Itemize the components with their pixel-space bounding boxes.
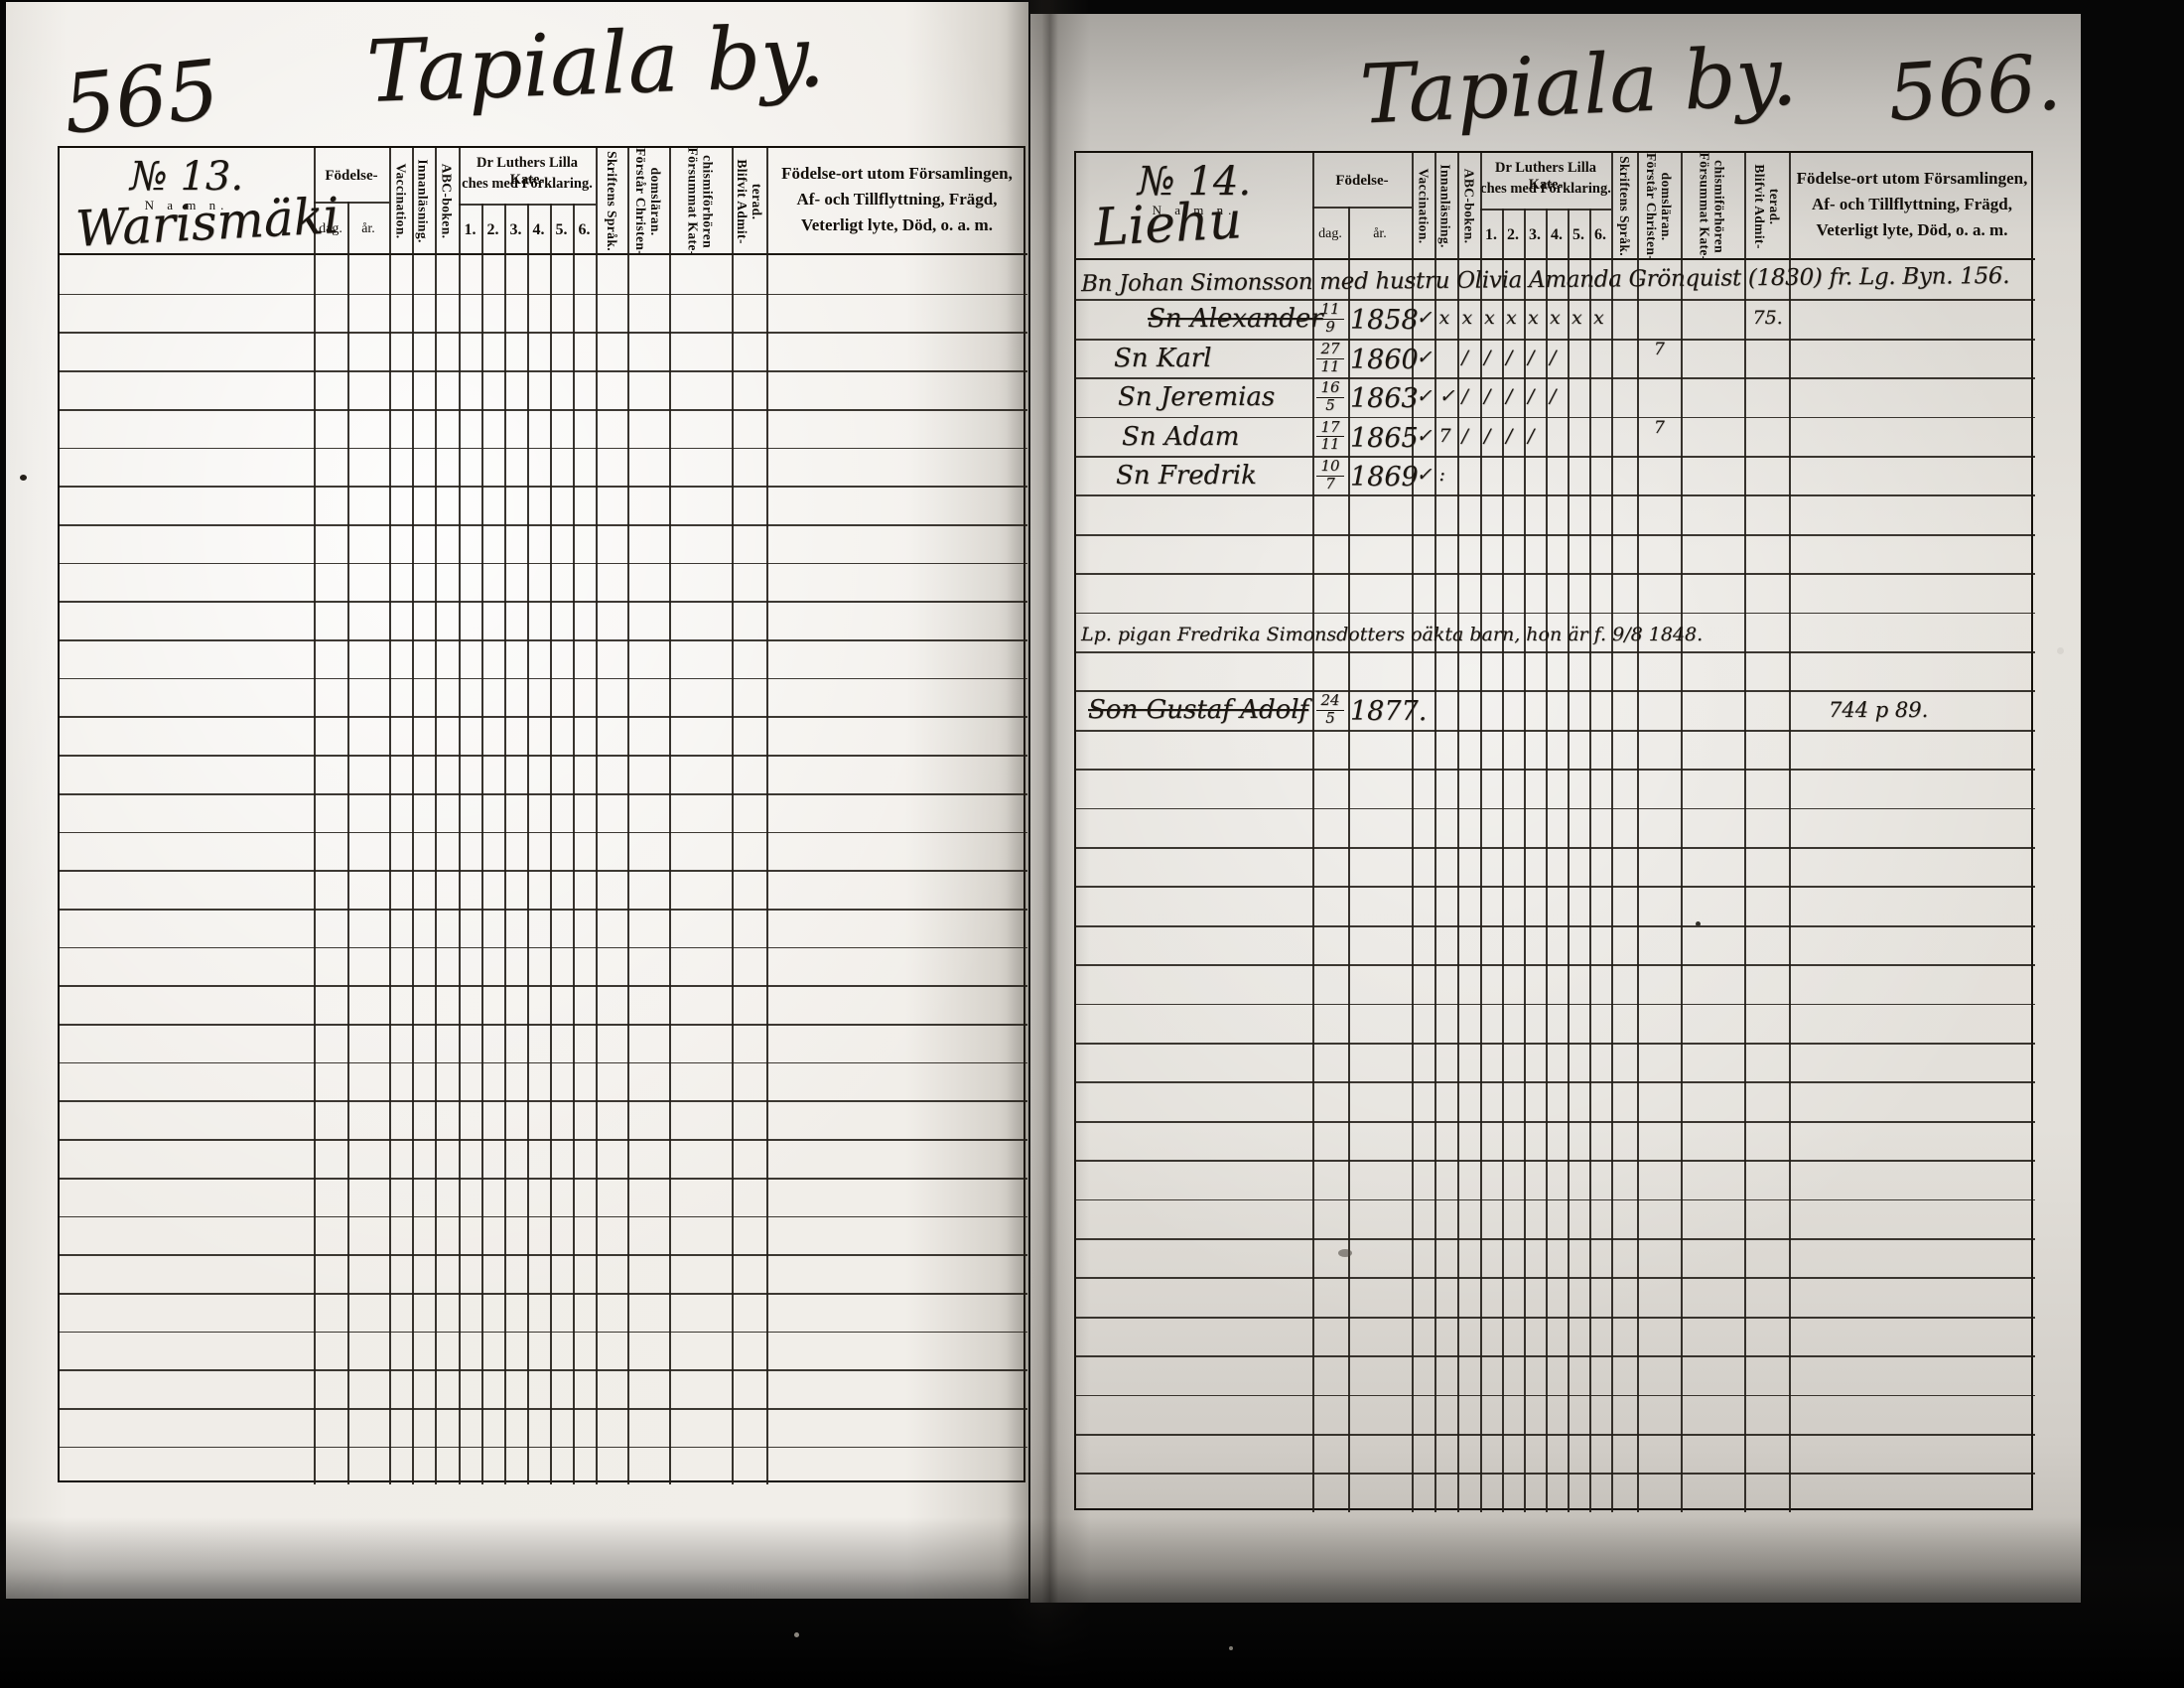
grid-row-line [1076, 651, 2035, 653]
col-header-abc-book-text: ABC-boken. [439, 164, 454, 239]
page-number-left: 565 [60, 50, 222, 147]
stray-mark: 7 [1654, 418, 1665, 438]
entry-mark-abc: / [1462, 347, 1468, 368]
grid-col-line [1681, 153, 1683, 1512]
col-header-reading-text: Innanläsning. [416, 160, 431, 243]
col-header-admitted-text: terad.Blifvit Admit- [734, 159, 763, 243]
grid-col-line [669, 148, 671, 1484]
grid-col-line [1480, 153, 1482, 1512]
entry-mark-k2: / [1506, 385, 1512, 407]
col-header-missed-catechism-line2: chismiförhören [701, 147, 716, 255]
col-header-birth-year: år. [1348, 209, 1412, 260]
entry-birth-month: 11 [1320, 437, 1339, 453]
grid-col-line [766, 148, 768, 1484]
col-header-understands-christianity-line1: Förstår Christen- [1644, 153, 1659, 260]
grid-row-line [60, 448, 1027, 450]
grid-col-line [1568, 209, 1570, 1512]
entry-mark-vacc: ✓ [1417, 347, 1433, 368]
col-header-name: № 14.N a m n.Liehu [1076, 153, 1312, 260]
page-title-left: Tapiala by. [317, 12, 876, 116]
grid-row-line [60, 755, 1027, 757]
entry-birth-month: 11 [1320, 359, 1339, 375]
grid-row-line [60, 985, 1027, 987]
stray-mark: 7 [1654, 340, 1665, 359]
col-header-admitted-line2: terad. [1767, 164, 1782, 248]
col-header-catechism: Dr Luthers Lilla Kate-ches med Förklarin… [1480, 153, 1611, 211]
col-header-vaccination: Vaccination. [1412, 153, 1434, 260]
grid-row-line [60, 1216, 1027, 1218]
entry-birth-month: 5 [1325, 398, 1335, 414]
book-gutter [1007, 0, 1090, 1688]
notes-header-line: Veterligt lyte, Död, o. a. m. [1789, 220, 2035, 240]
entry-mark-k2: x [1506, 307, 1517, 329]
entry-mark-inn: ✓ [1439, 385, 1455, 407]
entry-name: Sn Jeremias [1118, 382, 1275, 412]
grid-row-line [1076, 1160, 2035, 1162]
grid-row-line [1076, 1395, 2035, 1397]
col-header-understands-christianity-line2: domsläran. [648, 148, 663, 255]
grid-col-line [1789, 153, 1791, 1512]
grid-row-line [1076, 1081, 2035, 1083]
entry-mark-abc: / [1462, 425, 1468, 447]
grid-row-line [60, 947, 1027, 949]
entry-mark-k3: x [1528, 307, 1539, 329]
col-header-notes: Födelse-ort utom Församlingen,Af- och Ti… [1789, 153, 2035, 260]
col-header-missed-catechism-text: chismiförhörenFörsummat Kate- [1698, 152, 1727, 260]
entry-mark-k3: / [1528, 385, 1534, 407]
col-header-understands-christianity-line2: domsläran. [1659, 153, 1674, 260]
col-header-understands-christianity: domsläran.Förstår Christen- [627, 148, 669, 255]
grid-row-line [1076, 377, 2035, 379]
grid-row-line [60, 1100, 1027, 1102]
entry-birth-date: 1711 [1312, 420, 1348, 454]
grid-row-line [60, 409, 1027, 411]
grid-row-line [60, 332, 1027, 334]
entry-mark-k4: / [1550, 385, 1556, 407]
col-header-reading: Innanläsning. [412, 148, 435, 255]
entry-mark-abc: / [1462, 385, 1468, 407]
entry-name: Son Gustaf Adolf [1088, 695, 1308, 725]
grid-row-line [1076, 456, 2035, 458]
grid-row-line [1076, 886, 2035, 888]
col-header-missed-catechism-line1: Försummat Kate- [685, 147, 700, 255]
entry-name: Sn Karl [1114, 344, 1212, 373]
grid-row-line [1076, 299, 2035, 301]
household-name: Warismäki [74, 187, 341, 258]
grid-row-line [60, 639, 1027, 641]
entry-mark-vacc: ✓ [1417, 307, 1433, 329]
col-header-missed-catechism-line1: Försummat Kate- [1698, 152, 1712, 260]
entry-name: Sn Alexander [1148, 304, 1323, 334]
col-header-reading: Innanläsning. [1434, 153, 1457, 260]
grid-row-line [1076, 417, 2035, 419]
grid-row-line [60, 793, 1027, 795]
scanned-parish-register: 565 Tapiala by. Tapiala by. 566. № 13.N … [0, 0, 2184, 1688]
col-header-notes: Födelse-ort utom Församlingen,Af- och Ti… [766, 148, 1027, 255]
grid-row-line [1076, 1199, 2035, 1201]
entry-birth-date: 107 [1312, 459, 1348, 492]
col-header-birth-year: år. [347, 204, 389, 255]
col-header-missed-catechism-text: chismiförhörenFörsummat Kate- [685, 147, 715, 255]
notes-header-line: Födelse-ort utom Församlingen, [1789, 169, 2035, 189]
grid-row-line [1076, 339, 2035, 341]
grid-row-line [1076, 964, 2035, 966]
grid-col-line [1434, 153, 1436, 1512]
catechism-number: 3. [1524, 211, 1546, 260]
grid-row-line [60, 1024, 1027, 1026]
grid-row-line [60, 1408, 1027, 1410]
entry-name: Sn Adam [1122, 422, 1239, 452]
grid-row-line [1076, 730, 2035, 732]
col-header-abc-book: ABC-boken. [435, 148, 459, 255]
grid-row-line [60, 253, 1027, 255]
entry-mark-k1: / [1484, 385, 1490, 407]
entry-birth-month: 9 [1325, 320, 1335, 336]
ink-speck [20, 475, 27, 481]
entry-birth-year: 1877. [1350, 696, 1427, 727]
col-header-missed-catechism-line2: chismiförhören [1712, 152, 1727, 260]
col-header-vaccination: Vaccination. [389, 148, 412, 255]
catechism-number: 5. [1568, 211, 1589, 260]
grid-row-line [60, 1062, 1027, 1064]
grid-row-line [1076, 1317, 2035, 1319]
col-header-admitted-text: terad.Blifvit Admit- [1751, 164, 1781, 248]
entry-mark-k1: x [1484, 307, 1495, 329]
bottom-shadow [0, 1517, 2184, 1688]
annotation-head-note: Bn Johan Simonsson med hustru Olivia Ama… [1081, 263, 2009, 297]
grid-col-line [573, 204, 575, 1484]
entry-mark-k1: / [1484, 425, 1490, 447]
grid-col-line [1546, 209, 1548, 1512]
col-header-admitted-line1: Blifvit Admit- [734, 159, 749, 243]
grid-col-line [732, 148, 734, 1484]
grid-row-line [1076, 925, 2035, 927]
grid-col-line [504, 204, 506, 1484]
entry-mark-k1: / [1484, 347, 1490, 368]
col-header-reading-text: Innanläsning. [1438, 165, 1453, 248]
col-header-scripture: Skriftens Språk. [596, 148, 627, 255]
grid-row-line [60, 909, 1027, 911]
col-header-scripture-text: Skriftens Språk. [604, 152, 618, 252]
grid-col-line [596, 148, 598, 1484]
page-number-right: 566. [1885, 44, 2063, 133]
col-header-scripture: Skriftens Språk. [1611, 153, 1637, 260]
grid-row-line [60, 486, 1027, 488]
grid-col-line [1589, 209, 1591, 1512]
entry-mark-inn: 7 [1439, 425, 1451, 447]
grid-row-line [60, 1332, 1027, 1334]
catechism-number: 4. [1546, 211, 1568, 260]
grid-row-line [1076, 1355, 2035, 1357]
entry-mark-abc: x [1462, 307, 1473, 329]
annotation-gustaf-note: 744 p 89. [1829, 698, 1928, 722]
catechism-number: 3. [504, 206, 527, 255]
col-header-admitted-line1: Blifvit Admit- [1751, 164, 1766, 248]
page-title-right: Tapiala by. [1318, 35, 1838, 139]
col-header-understands-christianity-text: domsläran.Förstår Christen- [633, 148, 663, 255]
entry-birth-year: 1860 [1350, 345, 1419, 375]
entry-birth-year: 1865 [1350, 423, 1419, 454]
entry-birth-year: 1869 [1350, 462, 1419, 492]
entry-birth-month: 7 [1325, 477, 1335, 492]
col-header-scripture-text: Skriftens Språk. [1616, 157, 1631, 257]
dust-speck [2057, 647, 2064, 654]
grid-row-line [1076, 534, 2035, 536]
grid-row-line [1076, 847, 2035, 849]
grid-row-line [60, 524, 1027, 526]
col-header-vaccination-text: Vaccination. [1416, 169, 1431, 244]
grid-row-line [60, 1178, 1027, 1180]
grid-col-line [1524, 209, 1526, 1512]
entry-birth-date: 165 [1312, 380, 1348, 414]
grid-row-line [1076, 808, 2035, 810]
grid-row-line [1076, 1004, 2035, 1006]
catechism-number: 1. [459, 206, 481, 255]
entry-birth-date: 119 [1312, 302, 1348, 336]
entry-mark-k3: / [1528, 425, 1534, 447]
catechism-title-line2: ches med Förklaring. [459, 176, 596, 193]
catechism-title-line2: ches med Förklaring. [1480, 181, 1611, 198]
grid-row-line [1076, 1043, 2035, 1045]
household-name: Liehu [1093, 191, 1244, 258]
grid-row-line [60, 870, 1027, 872]
entry-mark-blifvit: 75. [1753, 307, 1783, 329]
col-header-missed-catechism: chismiförhörenFörsummat Kate- [669, 148, 732, 255]
grid-row-line [60, 1139, 1027, 1141]
notes-header-line: Af- och Tillflyttning, Frägd, [1789, 195, 2035, 214]
entry-birth-date: 245 [1312, 693, 1348, 727]
grid-row-line [60, 1254, 1027, 1256]
entry-mark-k4: x [1550, 307, 1561, 329]
col-header-birth: Födelse- [1312, 153, 1412, 209]
entry-birth-date: 2711 [1312, 342, 1348, 375]
grid-col-line [1744, 153, 1746, 1512]
grid-row-line [60, 601, 1027, 603]
notes-header-line: Af- och Tillflyttning, Frägd, [766, 190, 1027, 210]
col-header-name: № 13.N a m n.Warismäki [60, 148, 314, 255]
entry-mark-k4: / [1550, 347, 1556, 368]
col-header-birth-day: dag. [1312, 209, 1348, 260]
grid-row-line [60, 1293, 1027, 1295]
entry-name: Sn Fredrik [1116, 461, 1257, 491]
entry-birth-year: 1858 [1350, 305, 1419, 336]
grid-col-line [412, 148, 414, 1484]
entry-birth-year: 1863 [1350, 383, 1419, 414]
catechism-number: 1. [1480, 211, 1502, 260]
grid-row-line [1312, 207, 1412, 209]
grid-row-line [1076, 258, 2035, 260]
record-table-left: № 13.N a m n.WarismäkiFödelse-dag.år.Vac… [58, 146, 1025, 1482]
col-header-understands-christianity: domsläran.Förstår Christen- [1637, 153, 1681, 260]
grid-col-line [1502, 209, 1504, 1512]
entry-mark-k2: / [1506, 347, 1512, 368]
entry-mark-k2: / [1506, 425, 1512, 447]
entry-mark-inn: : [1439, 464, 1445, 486]
entry-mark-k6: x [1593, 307, 1604, 329]
grid-col-line [1637, 153, 1639, 1512]
entry-mark-vacc: ✓ [1417, 464, 1433, 486]
entry-mark-k5: x [1571, 307, 1582, 329]
grid-row-line [1076, 1434, 2035, 1436]
notes-header-line: Veterligt lyte, Död, o. a. m. [766, 215, 1027, 235]
col-header-admitted-line2: terad. [750, 159, 764, 243]
grid-row-line [1076, 1473, 2035, 1475]
grid-row-line [1076, 690, 2035, 692]
col-header-admitted: terad.Blifvit Admit- [1744, 153, 1789, 260]
grid-row-line [1076, 494, 2035, 496]
grid-row-line [60, 832, 1027, 834]
grid-row-line [60, 370, 1027, 372]
grid-row-line [60, 1369, 1027, 1371]
grid-col-line [314, 148, 316, 1484]
annotation-maid-note: Lp. pigan Fredrika Simonsdotters oäkta b… [1081, 624, 1703, 645]
grid-col-line [1611, 153, 1613, 1512]
dust-speck [794, 1632, 799, 1637]
grid-col-line [550, 204, 552, 1484]
col-header-catechism: Dr Luthers Lilla Kate-ches med Förklarin… [459, 148, 596, 206]
grid-col-line [1457, 153, 1459, 1512]
grid-row-line [60, 678, 1027, 680]
catechism-number: 2. [1502, 211, 1524, 260]
catechism-number: 4. [527, 206, 550, 255]
col-header-abc-book: ABC-boken. [1457, 153, 1480, 260]
grid-col-line [527, 204, 529, 1484]
grid-col-line [347, 202, 349, 1484]
col-header-missed-catechism: chismiförhörenFörsummat Kate- [1681, 153, 1744, 260]
grid-row-line [1076, 769, 2035, 771]
col-header-understands-christianity-line1: Förstår Christen- [633, 148, 648, 255]
grid-row-line [1076, 573, 2035, 575]
grid-row-line [60, 294, 1027, 296]
entry-birth-day: 27 [1316, 342, 1343, 359]
grid-col-line [389, 148, 391, 1484]
grid-row-line [1076, 1238, 2035, 1240]
record-table-right: № 14.N a m n.LiehuFödelse-dag.år.Vaccina… [1074, 151, 2033, 1510]
entry-birth-month: 5 [1325, 711, 1335, 727]
notes-header-line: Födelse-ort utom Församlingen, [766, 164, 1027, 184]
grid-row-line [1076, 613, 2035, 615]
catechism-number: 5. [550, 206, 573, 255]
entry-mark-k3: / [1528, 347, 1534, 368]
grid-row-line [60, 716, 1027, 718]
col-header-admitted: terad.Blifvit Admit- [732, 148, 766, 255]
entry-mark-inn: x [1439, 307, 1450, 329]
grid-row-line [60, 563, 1027, 565]
ink-speck [1696, 921, 1701, 926]
entry-mark-vacc: ✓ [1417, 385, 1433, 407]
col-header-abc-book-text: ABC-boken. [1461, 169, 1476, 244]
dust-speck [1229, 1646, 1233, 1650]
entry-mark-vacc: ✓ [1417, 425, 1433, 447]
catechism-number: 2. [481, 206, 504, 255]
catechism-number: 6. [1589, 211, 1611, 260]
ink-speck [1338, 1249, 1352, 1257]
grid-row-line [60, 1447, 1027, 1449]
grid-row-line [1076, 1121, 2035, 1123]
grid-col-line [435, 148, 437, 1484]
grid-row-line [1076, 1277, 2035, 1279]
grid-col-line [459, 148, 461, 1484]
catechism-number: 6. [573, 206, 596, 255]
col-header-understands-christianity-text: domsläran.Förstår Christen- [1644, 153, 1674, 260]
col-header-vaccination-text: Vaccination. [393, 164, 408, 239]
grid-col-line [627, 148, 629, 1484]
grid-col-line [481, 204, 483, 1484]
